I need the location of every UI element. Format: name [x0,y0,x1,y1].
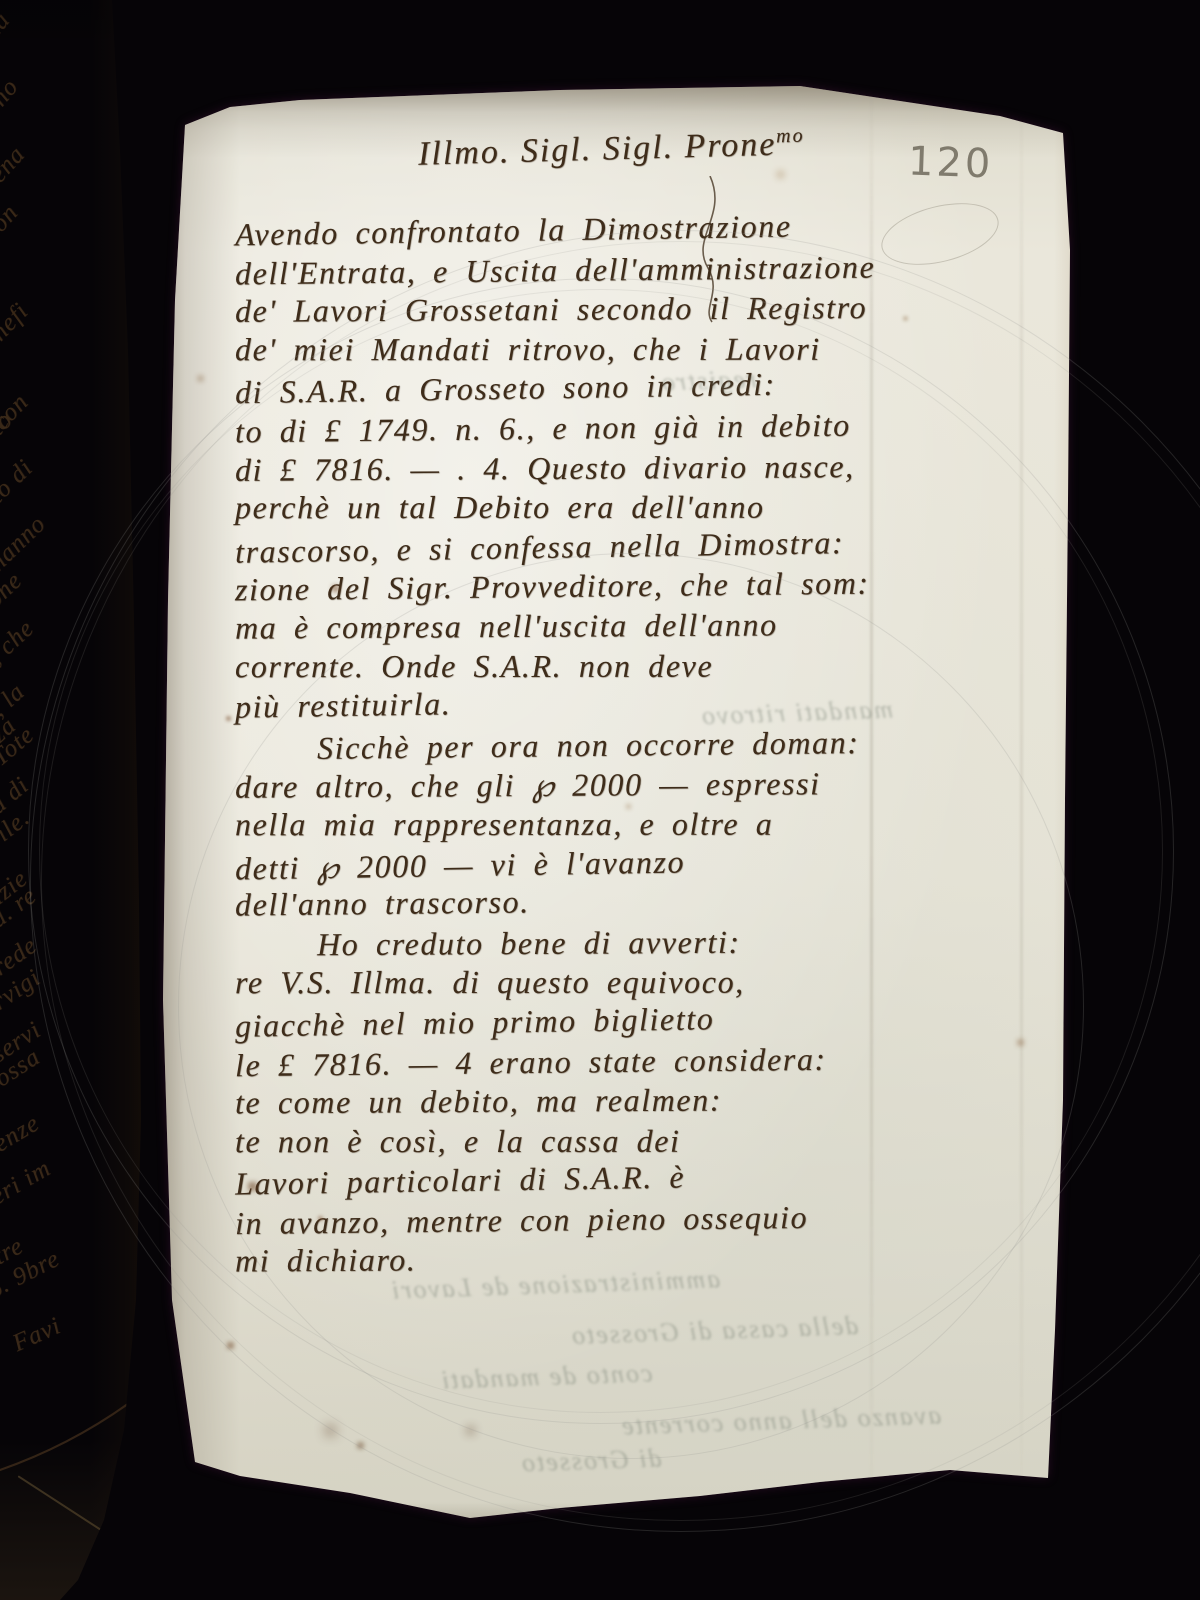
pencil-oval-mark [875,192,1005,275]
verso-text-fragment: e Pesca [0,0,12,34]
verso-text-fragment: quisto di [0,454,39,541]
verso-text-fragment: rabile. [0,804,36,871]
verso-text-fragment: nsione [0,567,28,636]
manuscript-line: di £ 7816. — . 4. Questo divario nasce, [235,448,855,489]
manuscript-line: perchè un tal Debito era dell'anno [235,489,765,527]
manuscript-line: mi dichiaro. [235,1241,417,1279]
verso-text-fragment: tirtasi ugua [0,7,16,123]
verso-text-fragment: e à Tote [0,721,40,798]
verso-text-fragment: camento [0,406,19,491]
verso-text-fragment: e crede [0,932,43,1000]
manuscript-line: dell'anno trascorso. [235,884,530,924]
manuscript-line: in avanzo, mentre con pieno ossequio [235,1199,808,1242]
verso-text-fragment: Terreno non [0,199,24,316]
manuscript-line: corrente. Onde S.A.R. non deve [235,647,713,685]
manuscript-line: ma è compresa nell'uscita dell'anno [235,606,778,646]
manuscript-line: giacchè nel mio primo biglietto [235,1000,715,1045]
verso-text-fragment: lo Terreno [0,73,25,178]
verso-text-fragment: che possa [0,1043,46,1125]
manuscript-line: dare altro, che gli ℘ 2000 — espressi [235,765,821,806]
bleed-through-line: amministrazione de Lavori [390,1264,721,1306]
manuscript-line: detti ℘ 2000 — vi è l'avanzo [235,842,686,887]
verso-text-fragment: Firenze [0,1110,45,1176]
manuscript-line: più restituirla. [235,685,452,725]
manuscript-line: to di £ 1749. n. 6., e non già in debito [235,407,851,451]
verso-text-fragment: 26. 9bre [0,1245,65,1311]
verso-text-fragment: otizie [0,865,33,924]
verso-text-fragment: Favi [9,1312,66,1358]
manuscript-line: te non è così, e la cassa dei [235,1123,681,1160]
verso-text-fragment: pia di [0,772,35,834]
verso-text-fragment: e' Cadena [0,141,31,241]
right-page-recto: Illmo. Sigl. Sigl. Pronemo 120 Avendo co… [140,78,1080,1528]
manuscript-photo: e Pescadel Torrionetirtasi ugualo Terren… [0,0,1200,1600]
verso-text-fragment: neri im [0,1154,56,1218]
verso-text-fragment: del Torrione [0,0,15,76]
manuscript-line: Lavori particolari di S.A.R. è [235,1159,686,1203]
salutation-text: Illmo. Sigl. Sigl. Prone [418,126,777,173]
verso-text-fragment: la benefi [0,298,35,386]
manuscript-line: dell'Entrata, e Uscita dell'amministrazi… [235,248,876,292]
bleed-through-line: avanzo dell anno corrente [620,1400,942,1441]
verso-text-fragment: e servigi [0,964,46,1040]
verso-text-fragment: e' servi [0,1016,47,1083]
manuscript-line: Ho creduto bene di avverti: [317,924,741,964]
manuscript-line: de' Lavori Grossetani secondo il Registr… [235,289,867,330]
manuscript-line: Sicchè per ora non occorre doman: [317,724,860,767]
salutation-header: Illmo. Sigl. Sigl. Pronemo [418,125,806,174]
verso-text-fragment: tre [0,1232,28,1271]
manuscript-line: de' miei Mandati ritrovo, che i Lavori [235,330,821,368]
verso-text-fragment: e con [0,389,35,450]
page-number: 120 [907,139,994,188]
bleed-through-line: mandati ritrovo [700,695,894,732]
manuscript-line: nella mia rappresentanza, e oltre a [235,806,773,844]
verso-text-fragment: , la [0,678,31,723]
manuscript-line: te come un debito, ma realmen: [235,1082,722,1122]
manuscript-line: re V.S. Illma. di questo equivoco, [235,964,745,1002]
manuscript-line: trascorso, e si confessa nella Dimostra: [235,524,845,571]
bleed-through-line: di Grosseto [520,1444,663,1479]
bleed-through-line: registro [660,364,757,397]
vertical-crease [1020,78,1023,1528]
bleed-through-line: conto de mandati [440,1358,653,1395]
manuscript-line: zione del Sigr. Provveditore, che tal so… [235,565,870,609]
bleed-through-line: della cassa di Grosseto [570,1311,859,1351]
verso-text-fragment: o, che [0,615,40,680]
verso-text-fragment: nza [0,712,22,758]
verso-text-fragment: L'hanno [0,510,52,592]
manuscript-line: le £ 7816. — 4 erano state considera: [235,1040,827,1083]
page-edge-separation-line [18,1475,145,1558]
right-page-wrap: Illmo. Sigl. Sigl. Pronemo 120 Avendo co… [140,78,1080,1528]
verso-text-fragment: Illmd. re [0,882,42,960]
foxing-stains [140,78,141,79]
vertical-crease [870,78,873,1528]
salutation-superscript: mo [776,125,805,148]
